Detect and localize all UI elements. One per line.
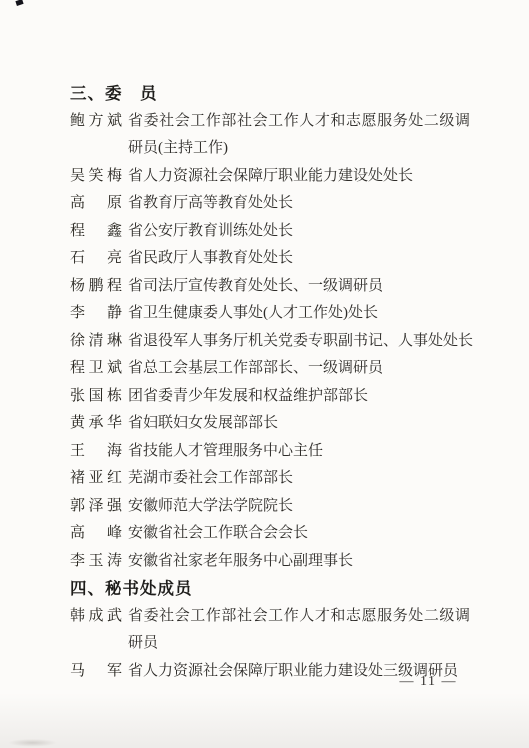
member-name: 高峰 (70, 520, 122, 548)
member-name: 马军 (70, 658, 122, 686)
member-title: 芜湖市委社会工作部部长 (128, 465, 470, 493)
member-title: 省技能人才管理服务中心主任 (128, 438, 470, 466)
member-name: 吴笑梅 (70, 163, 122, 191)
member-title-line: 省总工会基层工作部部长、一级调研员 (128, 355, 470, 383)
member-row: 高原 省教育厅高等教育处处长 (70, 190, 470, 218)
member-row: 鲍方斌 省委社会工作部社会工作人才和志愿服务处二级调研员(主持工作) (70, 108, 470, 163)
member-title: 省卫生健康委人事处(人才工作处)处长 (128, 300, 470, 328)
member-name: 褚亚红 (70, 465, 122, 493)
member-title-line: 研员(主持工作) (128, 135, 470, 163)
member-row: 程卫斌 省总工会基层工作部部长、一级调研员 (70, 355, 470, 383)
member-row: 黄承华 省妇联妇女发展部部长 (70, 410, 470, 438)
member-title-line: 省教育厅高等教育处处长 (128, 190, 470, 218)
member-row: 杨鹏程 省司法厅宣传教育处处长、一级调研员 (70, 273, 470, 301)
member-name: 石亮 (70, 245, 122, 273)
member-title: 安徽师范大学法学院院长 (128, 493, 470, 521)
member-title-line: 安徽师范大学法学院院长 (128, 493, 470, 521)
member-title: 省委社会工作部社会工作人才和志愿服务处二级调研员(主持工作) (128, 108, 470, 163)
member-name: 徐清琳 (70, 328, 122, 356)
member-name: 杨鹏程 (70, 273, 122, 301)
member-name: 张国栋 (70, 383, 122, 411)
member-title: 省公安厅教育训练处处长 (128, 218, 470, 246)
member-title-line: 研员 (128, 630, 470, 658)
member-title: 省司法厅宣传教育处处长、一级调研员 (128, 273, 470, 301)
scan-artifact-mark (15, 0, 23, 6)
member-title-line: 省民政厅人事教育处处长 (128, 245, 470, 273)
member-name: 黄承华 (70, 410, 122, 438)
member-name: 郭泽强 (70, 493, 122, 521)
member-name: 高原 (70, 190, 122, 218)
member-row: 李玉涛 安徽省社家老年服务中心副理事长 (70, 548, 470, 576)
section-heading: 四、秘书处成员 (70, 575, 470, 603)
scan-shadow-bottom (0, 693, 529, 748)
member-title-line: 团省委青少年发展和权益维护部部长 (128, 383, 470, 411)
member-row: 王海 省技能人才管理服务中心主任 (70, 438, 470, 466)
member-title: 安徽省社家老年服务中心副理事长 (128, 548, 470, 576)
member-title: 省民政厅人事教育处处长 (128, 245, 470, 273)
member-title: 团省委青少年发展和权益维护部部长 (128, 383, 470, 411)
member-row: 高峰 安徽省社会工作联合会会长 (70, 520, 470, 548)
member-title-line: 省委社会工作部社会工作人才和志愿服务处二级调 (128, 108, 470, 136)
section-heading: 三、委 员 (70, 80, 470, 108)
member-title-line: 省技能人才管理服务中心主任 (128, 438, 470, 466)
member-row: 李静 省卫生健康委人事处(人才工作处)处长 (70, 300, 470, 328)
member-title-line: 省人力资源社会保障厅职业能力建设处处长 (128, 163, 470, 191)
member-row: 吴笑梅 省人力资源社会保障厅职业能力建设处处长 (70, 163, 470, 191)
page-number: — 11 — (400, 674, 457, 690)
member-title: 安徽省社会工作联合会会长 (128, 520, 470, 548)
member-title: 省退役军人事务厅机关党委专职副书记、人事处处长 (128, 328, 473, 356)
member-title: 省教育厅高等教育处处长 (128, 190, 470, 218)
member-title: 省妇联妇女发展部部长 (128, 410, 470, 438)
member-name: 李静 (70, 300, 122, 328)
member-name: 李玉涛 (70, 548, 122, 576)
member-title: 省人力资源社会保障厅职业能力建设处处长 (128, 163, 470, 191)
document-content: 三、委 员 鲍方斌 省委社会工作部社会工作人才和志愿服务处二级调研员(主持工作)… (70, 80, 470, 685)
member-title-line: 省退役军人事务厅机关党委专职副书记、人事处处长 (128, 328, 473, 356)
member-name: 程鑫 (70, 218, 122, 246)
member-title: 省委社会工作部社会工作人才和志愿服务处二级调研员 (128, 603, 470, 658)
member-title-line: 省妇联妇女发展部部长 (128, 410, 470, 438)
member-name: 程卫斌 (70, 355, 122, 383)
member-title-line: 芜湖市委社会工作部部长 (128, 465, 470, 493)
document-page: 三、委 员 鲍方斌 省委社会工作部社会工作人才和志愿服务处二级调研员(主持工作)… (0, 0, 529, 748)
member-name: 鲍方斌 (70, 108, 122, 136)
member-title-line: 省司法厅宣传教育处处长、一级调研员 (128, 273, 470, 301)
member-row: 郭泽强 安徽师范大学法学院院长 (70, 493, 470, 521)
member-section: 三、委 员 鲍方斌 省委社会工作部社会工作人才和志愿服务处二级调研员(主持工作)… (70, 80, 470, 575)
member-title-line: 安徽省社会工作联合会会长 (128, 520, 470, 548)
member-row: 张国栋 团省委青少年发展和权益维护部部长 (70, 383, 470, 411)
member-name: 韩成武 (70, 603, 122, 631)
member-section: 四、秘书处成员 韩成武 省委社会工作部社会工作人才和志愿服务处二级调研员 马军 … (70, 575, 470, 685)
member-title-line: 省公安厅教育训练处处长 (128, 218, 470, 246)
member-title-line: 安徽省社家老年服务中心副理事长 (128, 548, 470, 576)
member-row: 褚亚红 芜湖市委社会工作部部长 (70, 465, 470, 493)
member-title-line: 省委社会工作部社会工作人才和志愿服务处二级调 (128, 603, 470, 631)
member-title-line: 省卫生健康委人事处(人才工作处)处长 (128, 300, 470, 328)
member-row: 徐清琳 省退役军人事务厅机关党委专职副书记、人事处处长 (70, 328, 470, 356)
member-row: 韩成武 省委社会工作部社会工作人才和志愿服务处二级调研员 (70, 603, 470, 658)
member-row: 程鑫 省公安厅教育训练处处长 (70, 218, 470, 246)
member-name: 王海 (70, 438, 122, 466)
member-row: 石亮 省民政厅人事教育处处长 (70, 245, 470, 273)
member-title: 省总工会基层工作部部长、一级调研员 (128, 355, 470, 383)
